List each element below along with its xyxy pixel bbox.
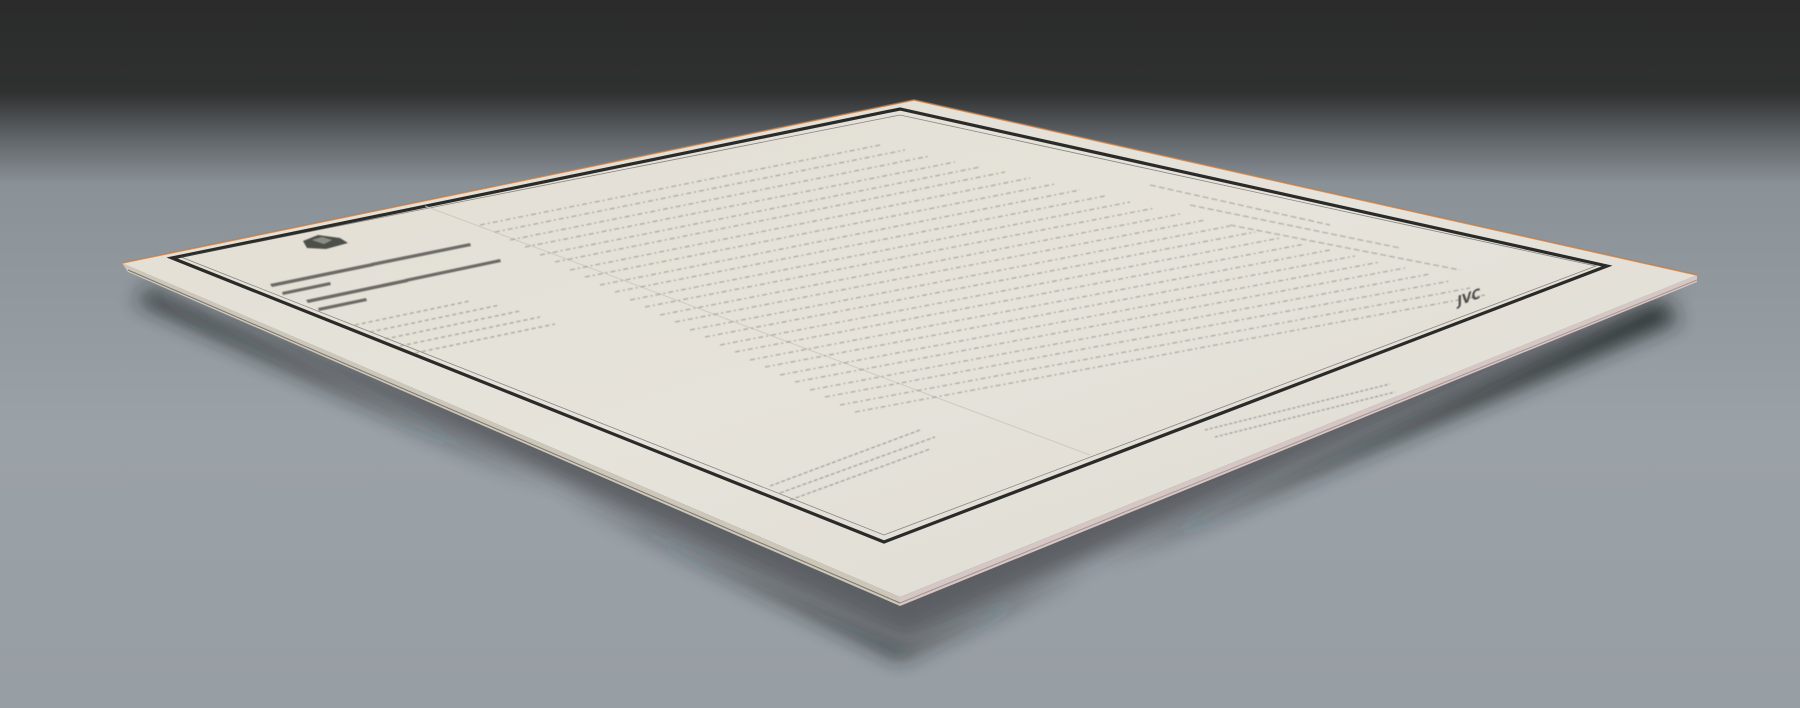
photo-scene: JVC Photograph of the back cover of an L… [0,0,1800,708]
record-jacket-photo: JVC [0,0,1800,708]
